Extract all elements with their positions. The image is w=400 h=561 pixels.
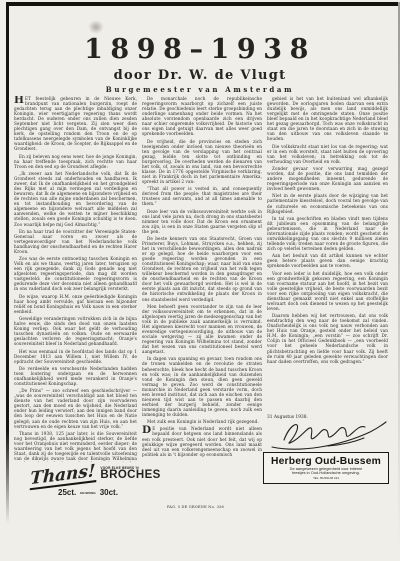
drop-cap: H	[14, 96, 25, 105]
article-column-left: HET feestelijk gebeuren in de Nieuwe Ker…	[14, 96, 137, 462]
paragraph: In dagen van spanning en gevaar, toen ro…	[142, 356, 262, 417]
herberg-title: Herberg Oud-Bussem	[266, 456, 386, 467]
paragraph: Die volkskracht staat niet los van de re…	[267, 144, 388, 164]
article-column-middle: De monarchale noch de republikeinsche re…	[142, 96, 262, 502]
paragraph: Zonder gevaar voor verwarring mag gezegd…	[267, 166, 388, 191]
paragraph: Deze leer van de volkssouvereiniteit wer…	[142, 209, 262, 234]
paragraph: En zij beleven nog eens weer, hoe de jon…	[14, 154, 137, 169]
paragraph: Daarom hebben wij het vertrouwen, dat on…	[267, 313, 388, 363]
newspaper-page: 1898–1938 door Dr. W. de Vlugt Burgemees…	[0, 0, 400, 561]
paragraph: De vrijheid, die de provincies en steden…	[142, 139, 262, 184]
paragraph: Met zulk een Koningin is Nederland rijk …	[142, 419, 262, 424]
paragraph: De verdeelde en verscheurde Nederlanden …	[14, 366, 137, 386]
thans-price-mid-label: EN SPANG	[80, 491, 95, 495]
paragraph: Geweldige veranderingen voltrokken zich …	[14, 316, 137, 346]
paragraph: De wijze, waarop H.M. onze geëerbiedigde…	[14, 294, 137, 314]
paragraph: „De Prins” — zoo schreef een geschiedsch…	[14, 388, 137, 428]
paragraph: Het was eenmaal in de hoofdstad des land…	[14, 349, 137, 364]
paragraph: Thans in 1938, 125 jaar later, is die So…	[14, 431, 137, 462]
byline: door Dr. W. de Vlugt	[0, 68, 400, 83]
paragraph: “That all power is vested in, and conseq…	[142, 186, 262, 206]
paragraph: En na haar trad de voorzitter der Vereen…	[14, 229, 137, 254]
thans-product: BROCHES	[100, 470, 160, 481]
scan-border-top	[6, 2, 398, 6]
page-title: 1898–1938	[0, 34, 400, 65]
paragraph: „Ik zweer aan het Nederlandsche volk, da…	[14, 171, 137, 227]
paragraph: De monarchale noch de republikeinsche re…	[142, 96, 262, 136]
paragraph: Niet in de eerste plaats door de wijzigi…	[267, 193, 388, 213]
paragraph: DE positie van Nederland wordt niet alle…	[142, 426, 262, 456]
signature-scrawl	[270, 416, 388, 454]
thans-price-low: 25ct.	[58, 488, 76, 497]
byline-role: Burgemeester van Amsterdam	[0, 85, 400, 94]
paragraph: HET feestelijk gebeuren in de Nieuwe Ker…	[14, 96, 137, 152]
herberg-advertisement: Herberg Oud-Bussem De aangewezen gelegen…	[263, 452, 389, 484]
thans-logo: Thans!	[30, 462, 98, 490]
scan-smudge	[88, 20, 104, 34]
paragraph: Voor een ieder is het duidelijk, hoe een…	[267, 271, 388, 311]
herberg-telephone: TEL. BUSSUM 414	[266, 476, 386, 480]
paragraph: In tal van geschriften en bladen vindt m…	[267, 216, 388, 251]
drop-cap: D	[142, 426, 152, 435]
paragraph: gebied is het van het buitenland wel afh…	[267, 96, 388, 141]
paragraph: Men behoeft geen voorstander te zijn van…	[142, 304, 262, 354]
page-footer: PAG. 5 DE GROENE No. 336	[167, 505, 224, 509]
thans-price-high: 30ct.	[100, 488, 118, 497]
article-column-right: gebied is het van het buitenland wel afh…	[267, 96, 388, 414]
thans-advertisement: Thans! VOOR ELKE BEURS 'N BROCHES 25ct. …	[30, 466, 148, 508]
paragraph: Aan het besluit van dit artikel kunnen w…	[267, 253, 388, 268]
paragraph: De beste kenners van ons Staatsrecht, Gr…	[142, 236, 262, 302]
paragraph: Zoo was de eerste ontmoeting tusschen Ko…	[14, 256, 137, 291]
